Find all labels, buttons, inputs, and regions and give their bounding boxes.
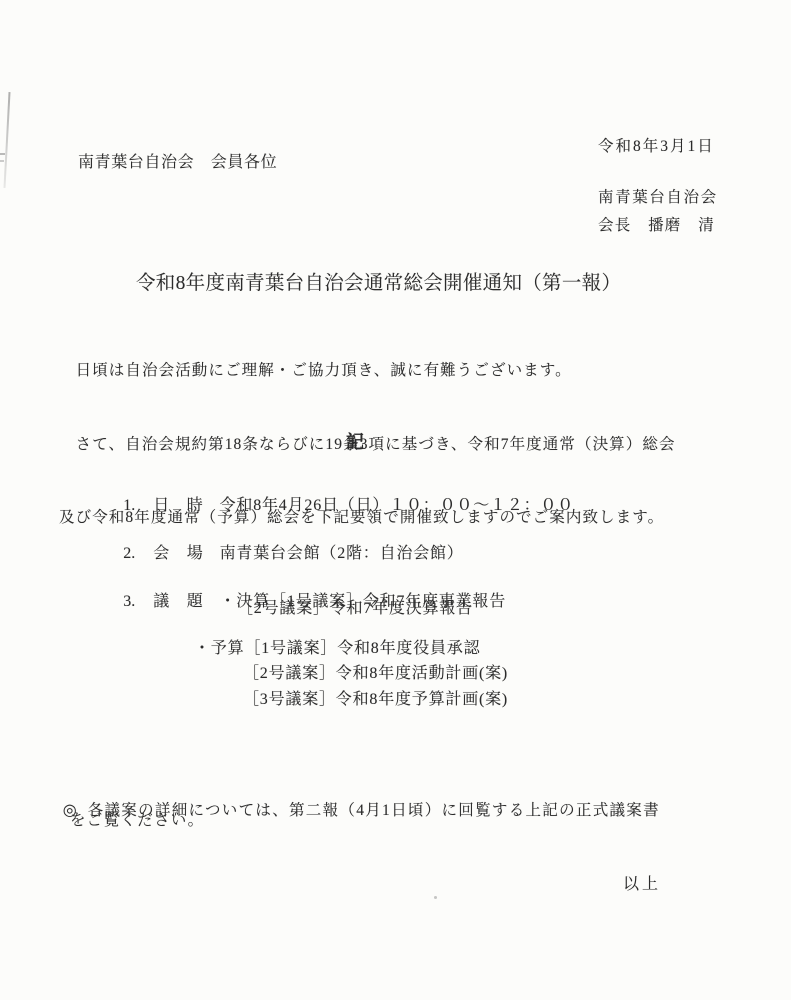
date-line: 令和8年3月1日 [598,134,715,156]
scanned-notice-document: 令和8年3月1日 南青葉台自治会 会員各位 南青葉台自治会 会長 播磨 清 令和… [0,0,791,1000]
item-number: 1. [123,497,153,515]
budget-proposal-2: ［2号議案］令和8年度活動計画(案) [243,660,508,683]
closing-word: 以上 [623,871,661,894]
item-label: 議 題 [153,593,203,610]
greeting-line-2: さて、自治会規約第18条ならびに19条3項に基づき、令和7年度通常（決算）総会 [59,433,676,458]
budget-proposal-1: ・予算［1号議案］令和8年度役員承認 [194,635,480,658]
addressee-line: 南青葉台自治会 会員各位 [78,149,277,172]
document-title: 令和8年度南青葉台自治会通常総会開催通知（第一報） [136,267,621,295]
item-label: 会 場 [153,545,203,562]
item-number: 3. [123,593,153,611]
note-paragraph-line-2: をご覧ください。 [70,808,204,830]
settlement-proposal-2: ［2号議案］令和7年度決算報告 [237,595,473,618]
item-number: 2. [123,545,153,563]
sender-organization: 南青葉台自治会 [598,185,718,207]
budget-proposal-3: ［3号議案］令和8年度予算計画(案) [243,686,508,709]
record-heading: 記 [346,428,364,454]
scan-artifact-line [3,92,10,188]
scan-artifact-tick [0,160,4,162]
scan-artifact-speck [434,896,437,899]
scan-artifact-tick [0,153,5,155]
item-value: 南青葉台会館（2階：自治会館） [220,545,464,562]
sender-chairman-name: 会長 播磨 清 [598,213,715,235]
item-value: 令和8年4月26日（日）１０：００～１２：００ [220,497,574,514]
greeting-line-1: 日頃は自治会活動にご理解・ご協力頂き、誠に有難うございます。 [59,359,676,384]
item-label: 日 時 [153,497,203,514]
